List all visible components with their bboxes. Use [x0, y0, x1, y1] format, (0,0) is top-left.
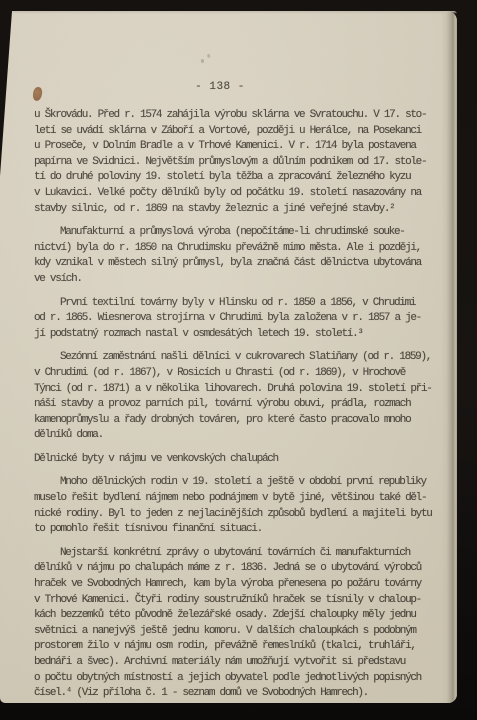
text-line: Sezónní zaměstnání našli dělníci v cukro… [34, 350, 446, 366]
text-line: jí podstatný rozmach nastal v osmdesátýc… [34, 327, 446, 343]
page-number: - 138 - [0, 81, 440, 93]
text-line: ve vsích. [34, 272, 446, 288]
text-line: Nejstarší konkrétní zprávy o ubytování t… [34, 546, 446, 562]
text-line: v Chrudimi (od r. 1867), v Rosicích u Ch… [34, 366, 446, 382]
section-heading: Dělnické byty v nájmu ve venkovských cha… [34, 452, 446, 468]
text-line: o počtu obytných místností a jejich obyv… [34, 671, 446, 687]
paragraph: Mnoho dělnických rodin v 19. století a j… [34, 475, 446, 537]
text-line: v Lukavici. Velké počty dělníků byly od … [34, 186, 446, 202]
heading-line: Dělnické byty v nájmu ve venkovských cha… [34, 452, 446, 468]
paragraph: První textilní továrny byly v Hlinsku od… [34, 296, 446, 343]
text-line: dělníků doma. [34, 428, 446, 444]
text-line: světnici a nanejvýš ještě jednu komoru. … [34, 624, 446, 640]
text-line: dělníků v nájmu po chalupách máme z r. 1… [34, 561, 446, 577]
text-line: hraček ve Svobodných Hamrech, kam byla v… [34, 577, 446, 593]
paragraph: Manufakturní a průmyslová výroba (nepočí… [34, 225, 446, 287]
text-line: u Škrovádu. Před r. 1574 zahájila výrobu… [34, 108, 446, 124]
text-line: prostorem žilo v nájmu osm rodin, převáž… [34, 639, 446, 655]
page-top-edge [0, 11, 457, 14]
text-line: od r. 1865. Wiesnerova strojírna v Chrud… [34, 311, 446, 327]
text-line: Týnci (od r. 1871) a v několika lihovare… [34, 382, 446, 398]
text-line: kdy vznikal v městech silný průmysl, byl… [34, 256, 446, 272]
text-line: nictví) byla do r. 1850 na Chrudimsku př… [34, 241, 446, 257]
text-line: tí do druhé poloviny 19. století byla tě… [34, 170, 446, 186]
text-line: to pomohlo řešit tísnivou finanční situa… [34, 522, 446, 538]
text-line: Manufakturní a průmyslová výroba (nepočí… [34, 225, 446, 241]
scanned-page: - 138 - u Škrovádu. Před r. 1574 zahájil… [0, 11, 457, 703]
text-line: nické rodiny. Byl to jeden z nejlacinějš… [34, 507, 446, 523]
text-line: kách bezzemků této původně železářské os… [34, 608, 446, 624]
photo-background: - 138 - u Škrovádu. Před r. 1574 zahájil… [0, 0, 477, 720]
text-line: letí se uvádí sklárna v Záboří a Vortové… [34, 124, 446, 140]
text-line: Mnoho dělnických rodin v 19. století a j… [34, 475, 446, 491]
text-line: kamenoprůmyslu a řady drobných továren, … [34, 413, 446, 429]
text-line: bednáři a švec). Archivní materiály nám … [34, 655, 446, 671]
text-line: muselo řešit bydlení nájmem nebo podnájm… [34, 491, 446, 507]
text-line: čísel.⁴ (Viz příloha č. 1 - seznam domů … [34, 686, 446, 702]
page-text: u Škrovádu. Před r. 1574 zahájila výrobu… [34, 108, 446, 702]
text-line: stavby silnic, od r. 1869 na stavby žele… [34, 202, 446, 218]
paragraph: Nejstarší konkrétní zprávy o ubytování t… [34, 546, 446, 702]
text-line: První textilní továrny byly v Hlinsku od… [34, 296, 446, 312]
paragraph: Sezónní zaměstnání našli dělníci v cukro… [34, 350, 446, 444]
paragraph: u Škrovádu. Před r. 1574 zahájila výrobu… [34, 108, 446, 217]
pencil-smudge [201, 59, 205, 63]
text-line: v Trhové Kamenici. Čtyři rodiny soustruž… [34, 593, 446, 609]
text-line: u Proseče, v Dolním Bradle a v Trhové Ka… [34, 139, 446, 155]
text-line: papírna ve Svidnici. Největším průmyslov… [34, 155, 446, 171]
text-line: náší stavby a provoz parních pil, továrn… [34, 397, 446, 413]
